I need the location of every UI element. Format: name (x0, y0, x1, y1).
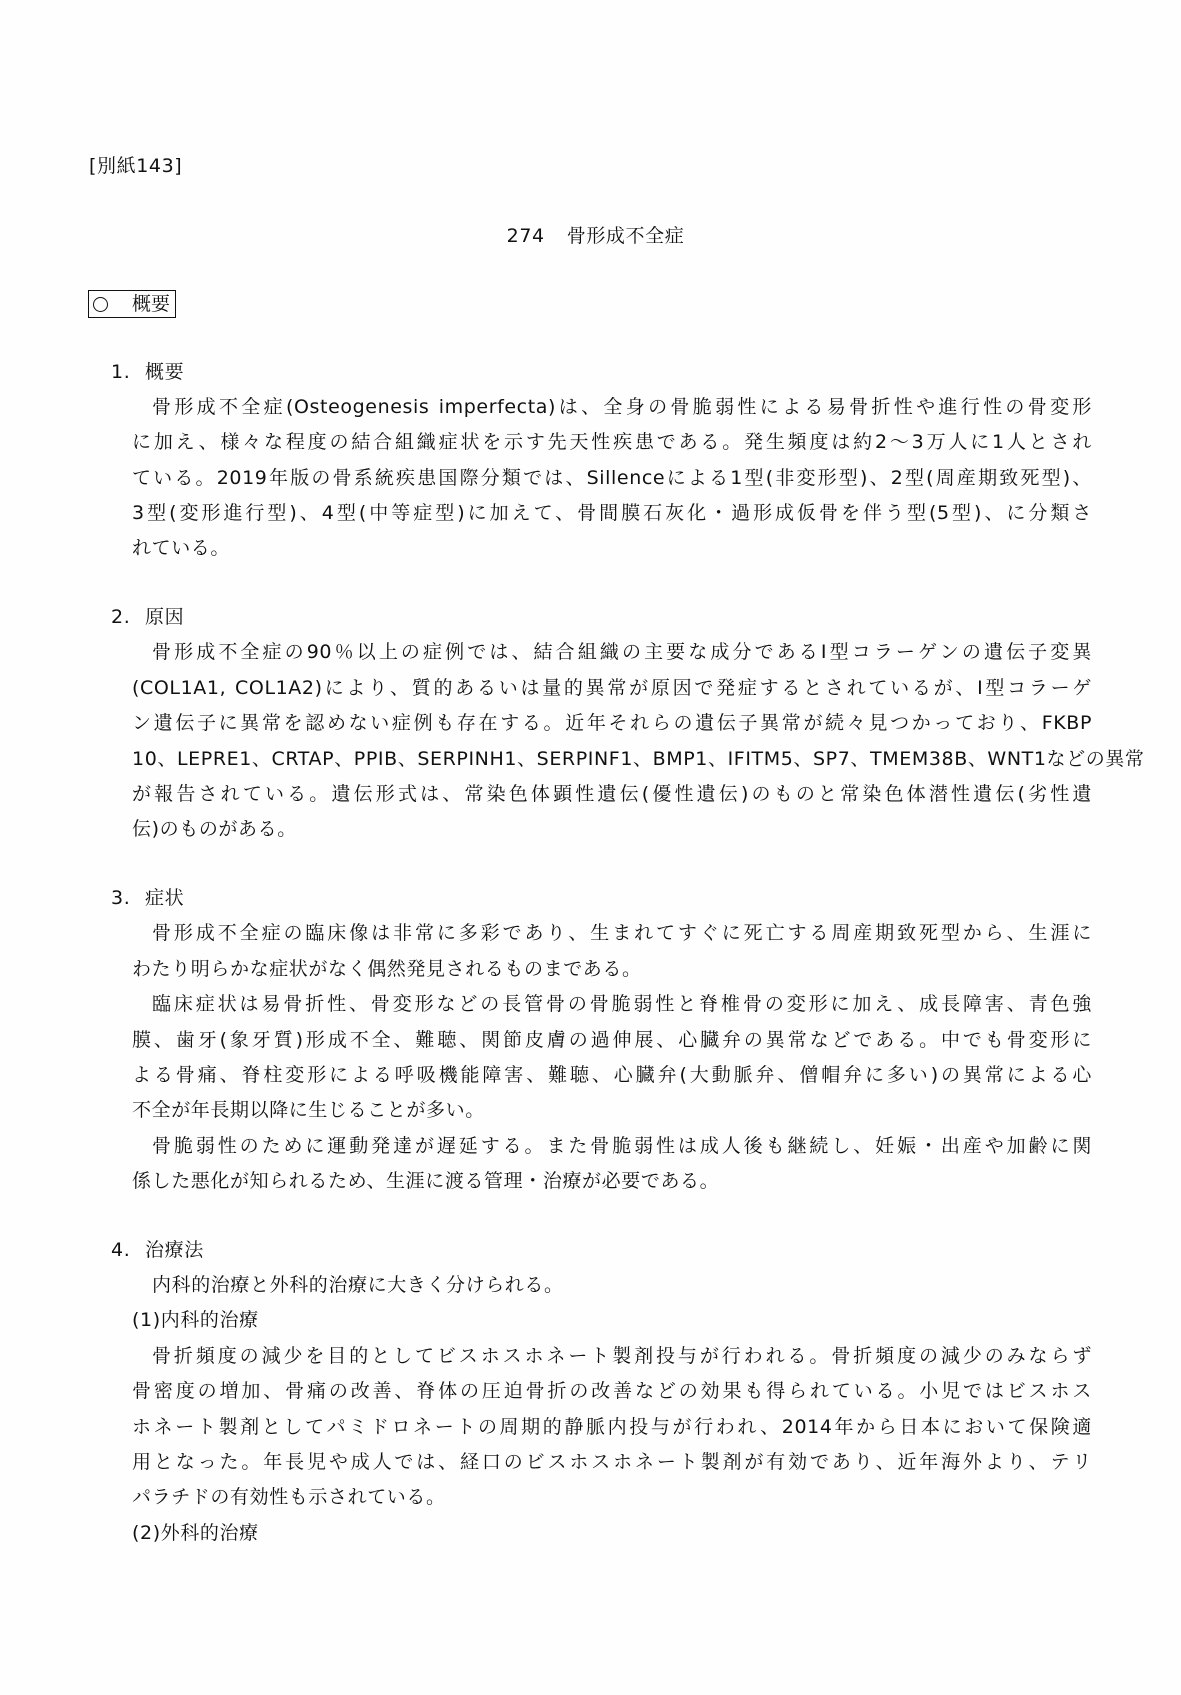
disease-number: 274 (507, 225, 545, 247)
section-heading-cause: 2.原因 (111, 605, 184, 629)
paragraph-line: ン遺伝子に異常を認めない症例も存在する。近年それらの遺伝子異常が続々見つかってお… (132, 711, 1092, 735)
paragraph-line: わたり明らかな症状がなく偶然発見されるものまである。 (132, 957, 642, 981)
paragraph-line: 骨形成不全症(Osteogenesis imperfecta)は、全身の骨脆弱性… (152, 395, 1092, 419)
paragraph-line: 伝)のものがある。 (132, 817, 297, 841)
attachment-label: [別紙143] (89, 154, 182, 178)
paragraph-line: パラチドの有効性も示されている。 (132, 1485, 446, 1509)
paragraph-line: 用となった。年長児や成人では、経口のビスホスホネート製剤が有効であり、近年海外よ… (132, 1450, 1092, 1474)
paragraph-line: 骨密度の増加、骨痛の改善、脊体の圧迫骨折の改善などの効果も得られている。小児では… (132, 1379, 1092, 1403)
subsection-heading-surgical: (2)外科的治療 (132, 1521, 259, 1545)
paragraph-line: が報告されている。遺伝形式は、常染色体顕性遺伝(優性遺伝)のものと常染色体潜性遺… (132, 782, 1092, 806)
paragraph-line: 10、LEPRE1、CRTAP、PPIB、SERPINH1、SERPINF1、B… (132, 747, 1092, 771)
paragraph-line: に加え、様々な程度の結合組織症状を示す先天性疾患である。発生頻度は約2～3万人に… (132, 430, 1092, 454)
paragraph-line: ている。2019年版の骨系統疾患国際分類では、Sillenceによる1型(非変形… (132, 466, 1092, 490)
paragraph-line: ホネート製剤としてパミドロネートの周期的静脈内投与が行われ、2014年から日本に… (132, 1415, 1092, 1439)
paragraph-line: 内科的治療と外科的治療に大きく分けられる。 (152, 1273, 564, 1297)
document-page: [別紙143] 274骨形成不全症 概要 1.概要 骨形成不全症(Osteoge… (0, 0, 1181, 1695)
section-number: 2. (111, 605, 145, 629)
circle-icon (93, 297, 108, 312)
paragraph-line: 骨形成不全症の90％以上の症例では、結合組織の主要な成分であるI型コラーゲンの遺… (152, 640, 1092, 664)
paragraph-line: よる骨痛、脊柱変形による呼吸機能障害、難聴、心臓弁(大動脈弁、僧帽弁に多い)の異… (132, 1063, 1092, 1087)
paragraph-line: 骨形成不全症の臨床像は非常に多彩であり、生まれてすぐに死亡する周産期致死型から、… (152, 921, 1092, 945)
paragraph-line: 係した悪化が知られるため、生涯に渡る管理・治療が必要である。 (132, 1169, 719, 1193)
paragraph-line: 臨床症状は易骨折性、骨変形などの長管骨の骨脆弱性と脊椎骨の変形に加え、成長障害、… (152, 992, 1092, 1016)
section-number: 3. (111, 886, 145, 910)
section-title: 概要 (145, 361, 184, 383)
paragraph-line: 膜、歯牙(象牙質)形成不全、難聴、関節皮膚の過伸展、心臓弁の異常などである。中で… (132, 1028, 1092, 1052)
section-heading-treatment: 4.治療法 (111, 1238, 204, 1262)
paragraph-line: 不全が年長期以降に生じることが多い。 (132, 1098, 485, 1122)
section-title: 原因 (145, 606, 184, 628)
paragraph-line: 骨折頻度の減少を目的としてビスホスホネート製剤投与が行われる。骨折頻度の減少のみ… (152, 1344, 1092, 1368)
paragraph-line: 骨脆弱性のために運動発達が遅延する。また骨脆弱性は成人後も継続し、妊娠・出産や加… (152, 1134, 1092, 1158)
section-title: 症状 (145, 887, 184, 909)
disease-name: 骨形成不全症 (567, 225, 685, 247)
paragraph-line: 3型(変形進行型)、4型(中等症型)に加えて、骨間膜石灰化・過形成仮骨を伴う型(… (132, 501, 1092, 525)
subsection-heading-medical: (1)内科的治療 (132, 1308, 259, 1332)
page-title: 274骨形成不全症 (0, 224, 1181, 248)
paragraph-line: れている。 (132, 536, 230, 560)
section-heading-overview: 1.概要 (111, 360, 184, 384)
outline-heading-label: 概要 (132, 292, 170, 316)
section-number: 1. (111, 360, 145, 384)
paragraph-line: (COL1A1, COL1A2)により、質的あるいは量的異常が原因で発症するとさ… (132, 676, 1092, 700)
section-heading-symptoms: 3.症状 (111, 886, 184, 910)
outline-heading-box: 概要 (88, 290, 176, 318)
section-title: 治療法 (145, 1239, 204, 1261)
section-number: 4. (111, 1238, 145, 1262)
